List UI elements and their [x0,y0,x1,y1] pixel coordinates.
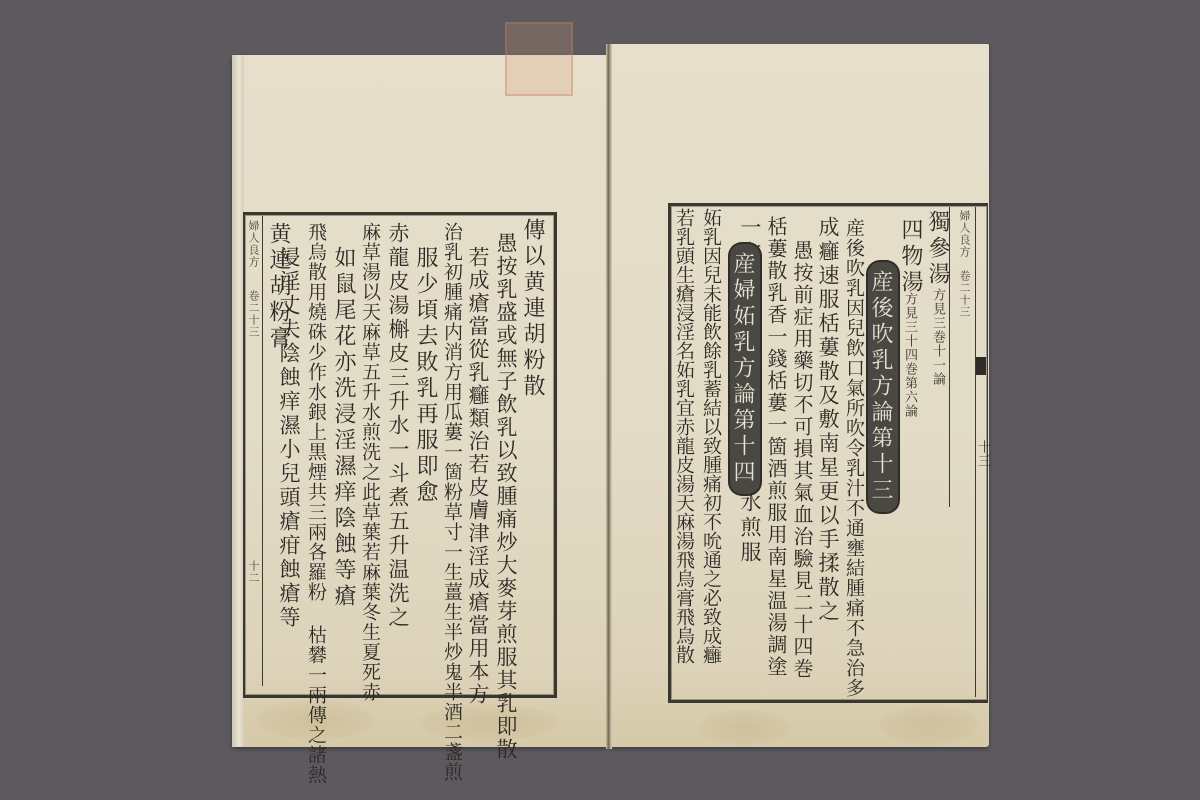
text-column: 愚按乳盛或無子飲乳以致腫痛炒大麥芽煎服其乳即散 [494,232,518,761]
left-margin-title: 婦人良方 [247,220,259,268]
text-column: 産後吹乳因兒飲口氣所吹令乳汁不通壅結腫痛不急治多 [842,218,866,698]
text-column: 赤龍皮湯槲皮三升水一斗煮五升温洗之 [386,222,410,630]
text-column-heading: 黄連胡粉膏 [266,222,290,352]
section-heading-14: 産婦妬乳方論第十四 [730,244,760,494]
text-column: 愚按前症用藥切不可損其氣血治驗見二十四巻 [790,240,814,680]
left-margin-chapter: 卷二十三 [247,290,259,338]
left-margin-folio: 十二 [247,560,259,584]
collector-seal-faded [505,22,573,96]
text-note: 方見三巻十一論 [930,288,944,386]
hanshin-fishtail-mark [976,357,986,375]
text-column: 治乳初腫痛内消方用瓜蔞一箇粉草寸一生薑生半炒鬼半酒二盞煎 [440,222,464,782]
text-column: 獨參湯 [925,210,949,288]
section-heading-13: 産後吹乳方論第十三 [868,262,898,512]
water-stain [880,705,980,745]
right-margin-chapter: 卷二十三 [958,270,970,318]
text-column: 如鼠尾花亦洗浸淫濕痒陰蝕等瘡 [331,246,355,610]
text-column: 麻草湯以天麻草五升水煎洗之此草葉若麻葉冬生夏死赤 [358,222,382,702]
right-margin-title: 婦人良方 [958,210,970,258]
water-stain [700,710,790,745]
text-column: 成癰速服栝蔞散及敷南星更以手揉散之 [816,216,840,624]
hanshin-divider [262,216,263,686]
text-column: 服少頃去敗乳再服即愈 [413,246,437,506]
right-margin-folio: 十三 [975,440,989,468]
text-column: 四物湯 [898,218,922,296]
open-book: 婦人良方 卷二十三 十二 傳以黄連胡粉散 愚按乳盛或無子飲乳以致腫痛炒大麥芽煎服… [0,0,1200,800]
text-column: 妬乳因兒未能飲餘乳蓄結以致腫痛初不吮通之必致成癰 [700,208,722,664]
text-column: 傳以黄連胡粉散 [520,218,544,400]
text-column: 栝蔞散乳香一錢栝蔞一箇酒煎服用南星温湯調塗 [764,216,788,678]
text-note: 方見三十四巻第六論 [902,292,916,418]
book-spine-fold [606,44,612,749]
text-column: 若成瘡當從乳癰類治若皮膚津淫成瘡當用本方 [466,246,490,706]
text-column: 飛烏散用燒硃少作水銀上黒煙共三兩各羅粉 枯礬一兩傳之諸熱 [304,222,328,785]
text-column: 若乳頭生瘡浸淫名妬乳宜赤龍皮湯天麻湯飛烏膏飛烏散 [673,208,695,664]
